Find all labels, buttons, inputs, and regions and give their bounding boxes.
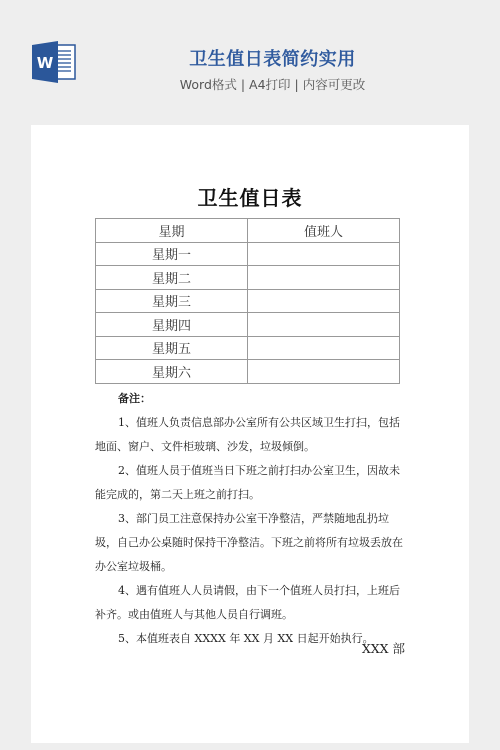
duty-table: 星期 值班人 星期一 星期二 星期三 星期四 星期五 星期六 [95,218,400,384]
note-item: 5、本值班表自 XXXX 年 XX 月 XX 日起开始执行。 [95,627,407,651]
document-title: 卫生值日表 [31,182,469,211]
department-signature: XXX 部 [362,639,405,657]
table-row: 星期五 [96,336,400,360]
table-row: 星期二 [96,266,400,290]
person-cell[interactable] [248,336,400,360]
person-cell[interactable] [248,242,400,266]
column-header-person: 值班人 [248,219,400,243]
day-cell: 星期六 [96,360,248,384]
table-row: 星期一 [96,242,400,266]
day-cell: 星期四 [96,313,248,337]
notes-label: 备注： [95,387,407,411]
table-row: 星期四 [96,313,400,337]
day-cell: 星期二 [96,266,248,290]
person-cell[interactable] [248,289,400,313]
table-row: 星期六 [96,360,400,384]
person-cell[interactable] [248,266,400,290]
day-cell: 星期三 [96,289,248,313]
note-item: 3、部门员工注意保持办公室干净整洁，严禁随地乱扔垃圾，自己办公桌随时保持干净整洁… [95,507,407,579]
day-cell: 星期五 [96,336,248,360]
person-cell[interactable] [248,313,400,337]
day-cell: 星期一 [96,242,248,266]
notes-section: 备注： 1、值班人负责信息部办公室所有公共区域卫生打扫，包括地面、窗户、文件柜玻… [95,387,407,651]
person-cell[interactable] [248,360,400,384]
table-row: 星期三 [96,289,400,313]
note-item: 1、值班人负责信息部办公室所有公共区域卫生打扫，包括地面、窗户、文件柜玻璃、沙发… [95,411,407,459]
note-item: 4、遇有值班人人员请假，由下一个值班人员打扫，上班后补齐。或由值班人与其他人员自… [95,579,407,627]
header-title: 卫生值日表简约实用 [0,45,500,71]
column-header-day: 星期 [96,219,248,243]
header-subtitle: Word格式 | A4打印 | 内容可更改 [0,75,500,93]
note-item: 2、值班人员于值班当日下班之前打扫办公室卫生，因故未能完成的，第二天上班之前打扫… [95,459,407,507]
document-page: 卫生值日表 星期 值班人 星期一 星期二 星期三 星期四 星期五 星期六 [31,125,469,743]
table-header-row: 星期 值班人 [96,219,400,243]
